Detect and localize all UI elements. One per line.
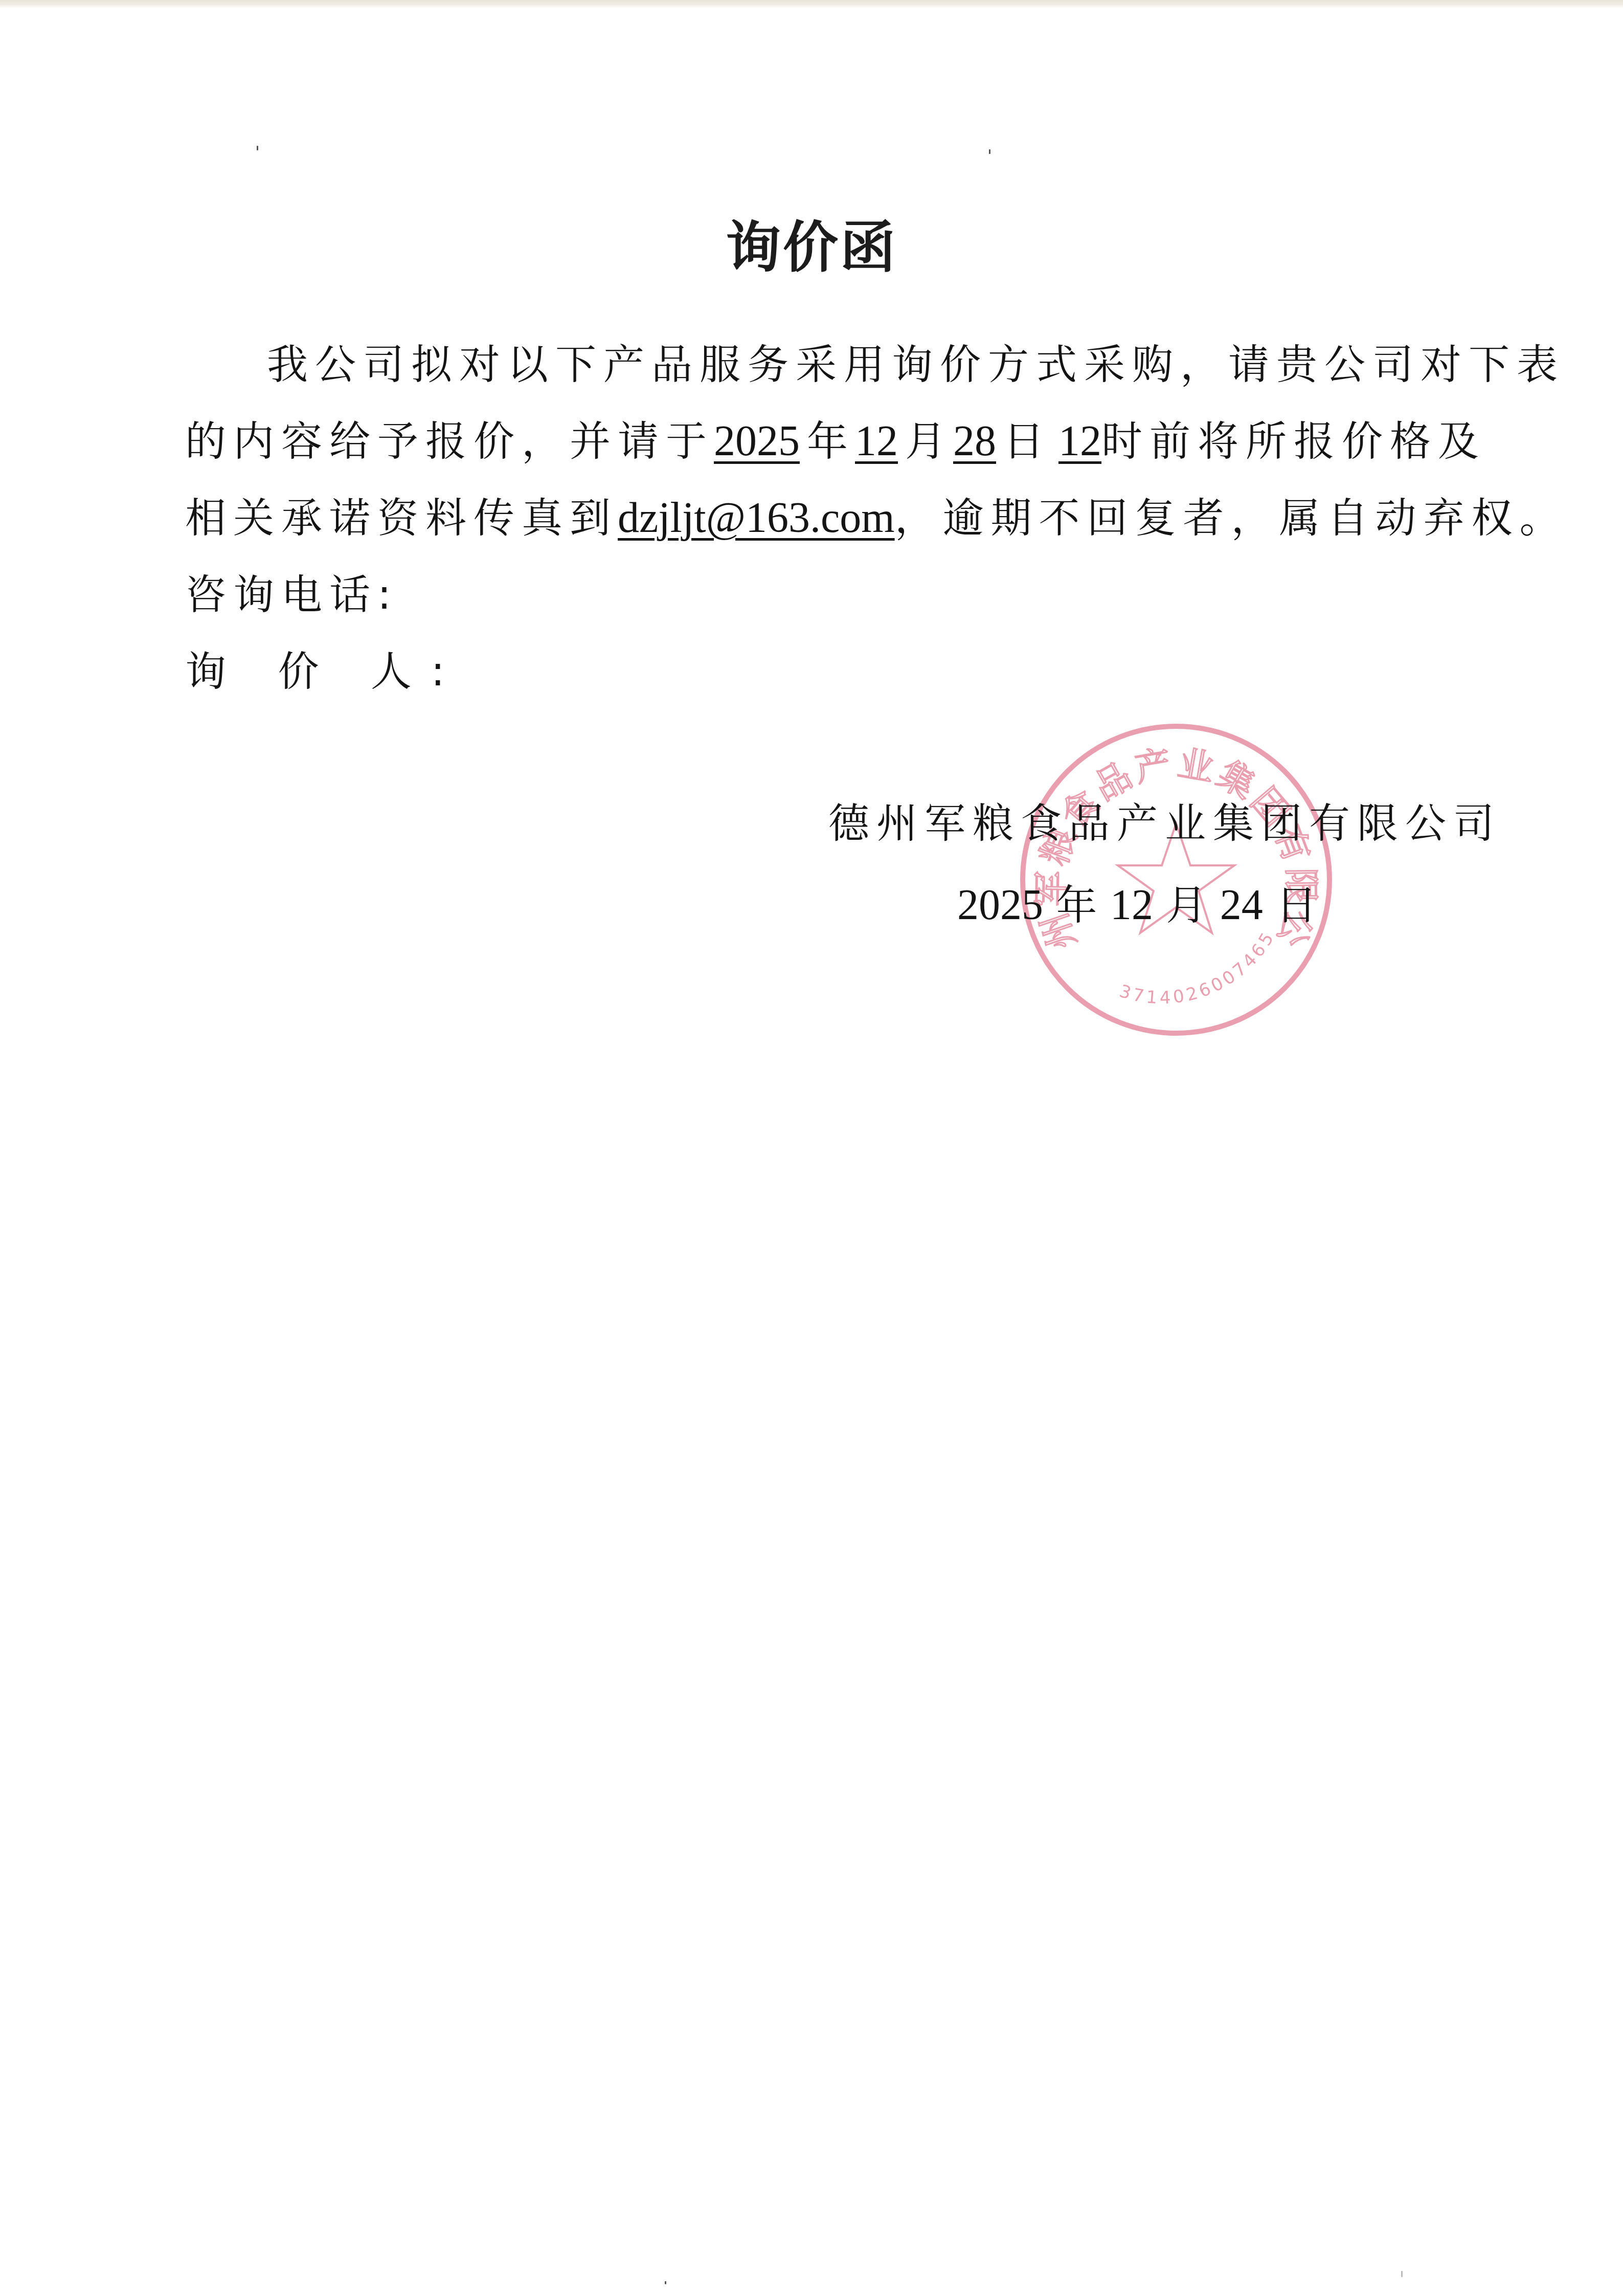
body-line-3: 相关承诺资料传真到dzjljt@163.com，逾期不回复者，属自动弃权。 [185,493,1568,544]
month-char: 月 [905,417,953,465]
page-title: 询价函 [0,215,1623,281]
date-year-char: 年 [1056,881,1097,929]
scan-edge [0,0,1623,8]
inquirer-label: 询 价 人: [185,648,464,695]
date-day-char: 日 [1276,881,1317,929]
scan-speck [257,146,258,150]
seal-code: 3714026007465 [1117,927,1279,1008]
deadline-day: 28 [953,417,996,465]
scan-speck [665,2281,666,2284]
year-char: 年 [807,417,855,465]
inquirer-row: 询 价 人: [185,646,464,697]
scan-speck [1401,2271,1403,2277]
signature-company: 德州军粮食品产业集团有限公司 [828,798,1501,849]
body-text: 我公司拟对以下产品服务采用询价方式采购，请贵公司对下表 [267,341,1565,388]
body-text: 时前将所报价格及 [1101,417,1486,465]
deadline-month: 12 [855,417,898,465]
body-text: 的内容给予报价，并请于 [185,417,714,465]
deadline-hour: 12 [1058,417,1101,465]
signature-date: 2025 年 12 月 24 日 [957,880,1317,931]
email-link[interactable]: dzjljt@163.com [618,494,895,542]
date-month: 12 [1110,881,1153,929]
date-year: 2025 [957,881,1043,929]
body-text: ，逾期不回复者，属自动弃权。 [895,494,1568,542]
date-month-char: 月 [1166,881,1207,929]
date-day: 24 [1220,881,1263,929]
body-text: 相关承诺资料传真到 [185,494,618,542]
day-char: 日 [1003,417,1051,465]
body-line-1: 我公司拟对以下产品服务采用询价方式采购，请贵公司对下表 [267,339,1565,390]
contact-phone-row: 咨询电话: [185,569,398,620]
scan-speck [989,149,990,154]
contact-phone-label: 咨询电话: [185,571,398,618]
deadline-year: 2025 [714,417,800,465]
body-line-2: 的内容给予报价，并请于2025年12月28日12时前将所报价格及 [185,416,1486,467]
